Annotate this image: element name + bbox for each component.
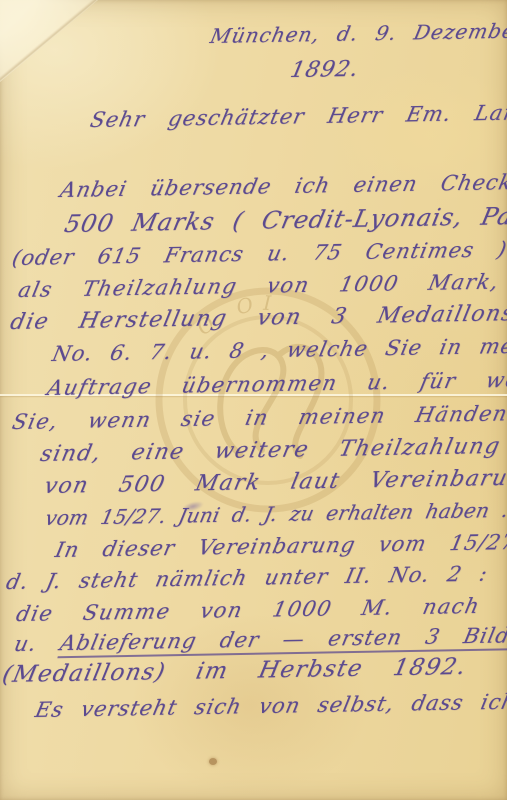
stain-spot [209,758,217,765]
letter-line: d. J. steht nämlich unter II. No. 2 : [4,562,490,594]
letter-line: die Herstellung von 3 Medaillons [8,301,507,335]
underlined-phrase: Ablieferung der — ersten 3 Bilder [57,623,507,658]
letter-line-prefix: u. [12,631,63,656]
letter-line: (Medaillons) im Herbste 1892. [0,654,469,688]
dateline: München, d. 9. Dezember [208,18,507,48]
letter-line: (oder 615 Francs u. 75 Centimes ) [10,237,507,270]
letter-line-underlined: u. Ablieferung der — ersten 3 Bilder [12,623,507,656]
letter-line: vom 15/27. Juni d. J. zu erhalten haben … [43,498,507,530]
corner-fold [0,0,98,82]
letter-line: Es versteht sich von selbst, dass ich di… [33,689,507,722]
letter-page: O OI München, d. 9. Dezember 1892. Sehr … [0,0,507,800]
letter-line: In dieser Vereinbarung vom 15/27 Juni [53,529,507,562]
dateline-year: 1892. [288,57,361,83]
letter-line: von 500 Mark laut Vereinbarung [42,465,507,499]
letter-line: sind, eine weitere Theilzahlung [38,434,503,467]
salutation: Sehr geschätzter Herr Em. Lampakis [88,99,507,132]
letter-line: als Theilzahlung von 1000 Mark, für [16,268,507,302]
letter-line: Anbei übersende ich einen Check auf [58,169,507,202]
letter-line: No. 6. 7. u. 8 , welche Sie in meinem [50,333,507,366]
letter-line: die Summe von 1000 M. nach Vollendung [14,591,507,626]
letter-line: Sie, wenn sie in meinen Händen [10,401,507,434]
letter-line: 500 Marks ( Credit-Lyonais, Paris) [62,201,507,238]
